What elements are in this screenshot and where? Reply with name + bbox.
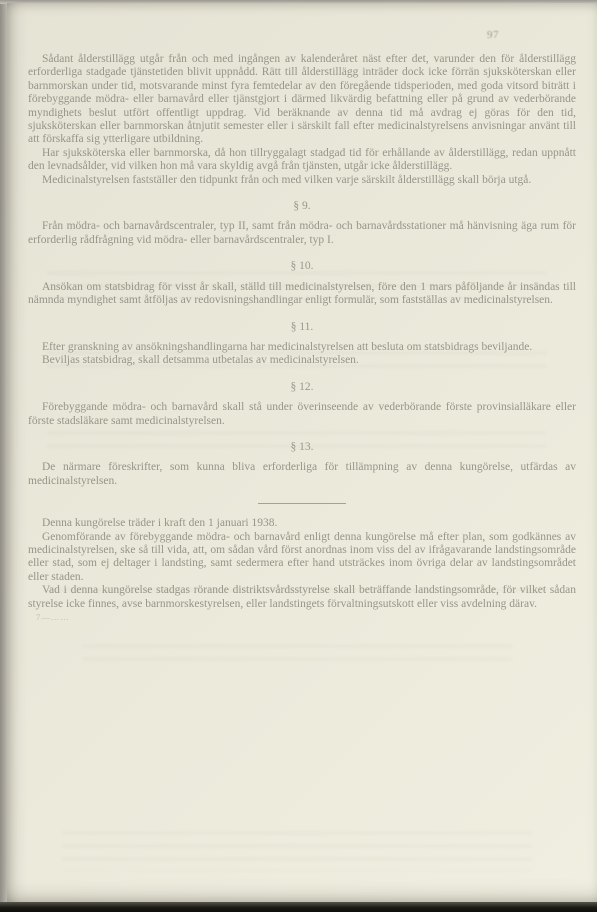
paragraph-genomforande: Genomförande av förebyggande mödra- och … xyxy=(28,531,576,585)
section-heading-11: § 11. xyxy=(28,321,576,334)
paragraph-section-13: De närmare föreskrifter, som kunna bliva… xyxy=(28,461,576,488)
printer-mark: 7—…… xyxy=(36,611,576,624)
paragraph-distriktsvardsstyrelse: Vad i denna kungörelse stadgas rörande d… xyxy=(28,584,576,611)
paragraph-alderstillagg-age-limit: Har sjuksköterska eller barnmorska, då h… xyxy=(28,147,576,174)
paragraph-section-9: Från mödra- och barnavårdscentraler, typ… xyxy=(28,220,576,247)
paragraph-section-11-utbetalning: Beviljas statsbidrag, skall detsamma utb… xyxy=(28,354,576,367)
paragraph-ikrafttradande: Denna kungörelse träder i kraft den 1 ja… xyxy=(28,517,576,530)
separator-rule xyxy=(258,503,346,504)
paragraph-section-11-granskning: Efter granskning av ansökningshandlingar… xyxy=(28,341,576,354)
paragraph-section-10: Ansökan om statsbidrag för visst år skal… xyxy=(28,281,576,308)
paragraph-medicinalstyrelsen-tidpunkt: Medicinalstyrelsen fastställer den tidpu… xyxy=(28,174,576,187)
document-body: Sådant ålderstillägg utgår från och med … xyxy=(28,53,576,624)
section-heading-12: § 12. xyxy=(28,381,576,394)
scanner-edge-bottom xyxy=(0,902,597,912)
scanned-document-page: 97 Sådant ålderstillägg utgår från och m… xyxy=(7,3,597,903)
page-number: 97 xyxy=(487,29,499,41)
bleedthrough-ghost-text xyxy=(62,831,532,871)
bleedthrough-ghost-text xyxy=(82,644,512,670)
paragraph-alderstillagg-main: Sådant ålderstillägg utgår från och med … xyxy=(28,53,576,147)
section-heading-13: § 13. xyxy=(28,441,576,454)
section-heading-10: § 10. xyxy=(28,260,576,273)
paragraph-section-12: Förebyggande mödra- och barnavård skall … xyxy=(28,401,576,428)
section-heading-9: § 9. xyxy=(28,200,576,213)
